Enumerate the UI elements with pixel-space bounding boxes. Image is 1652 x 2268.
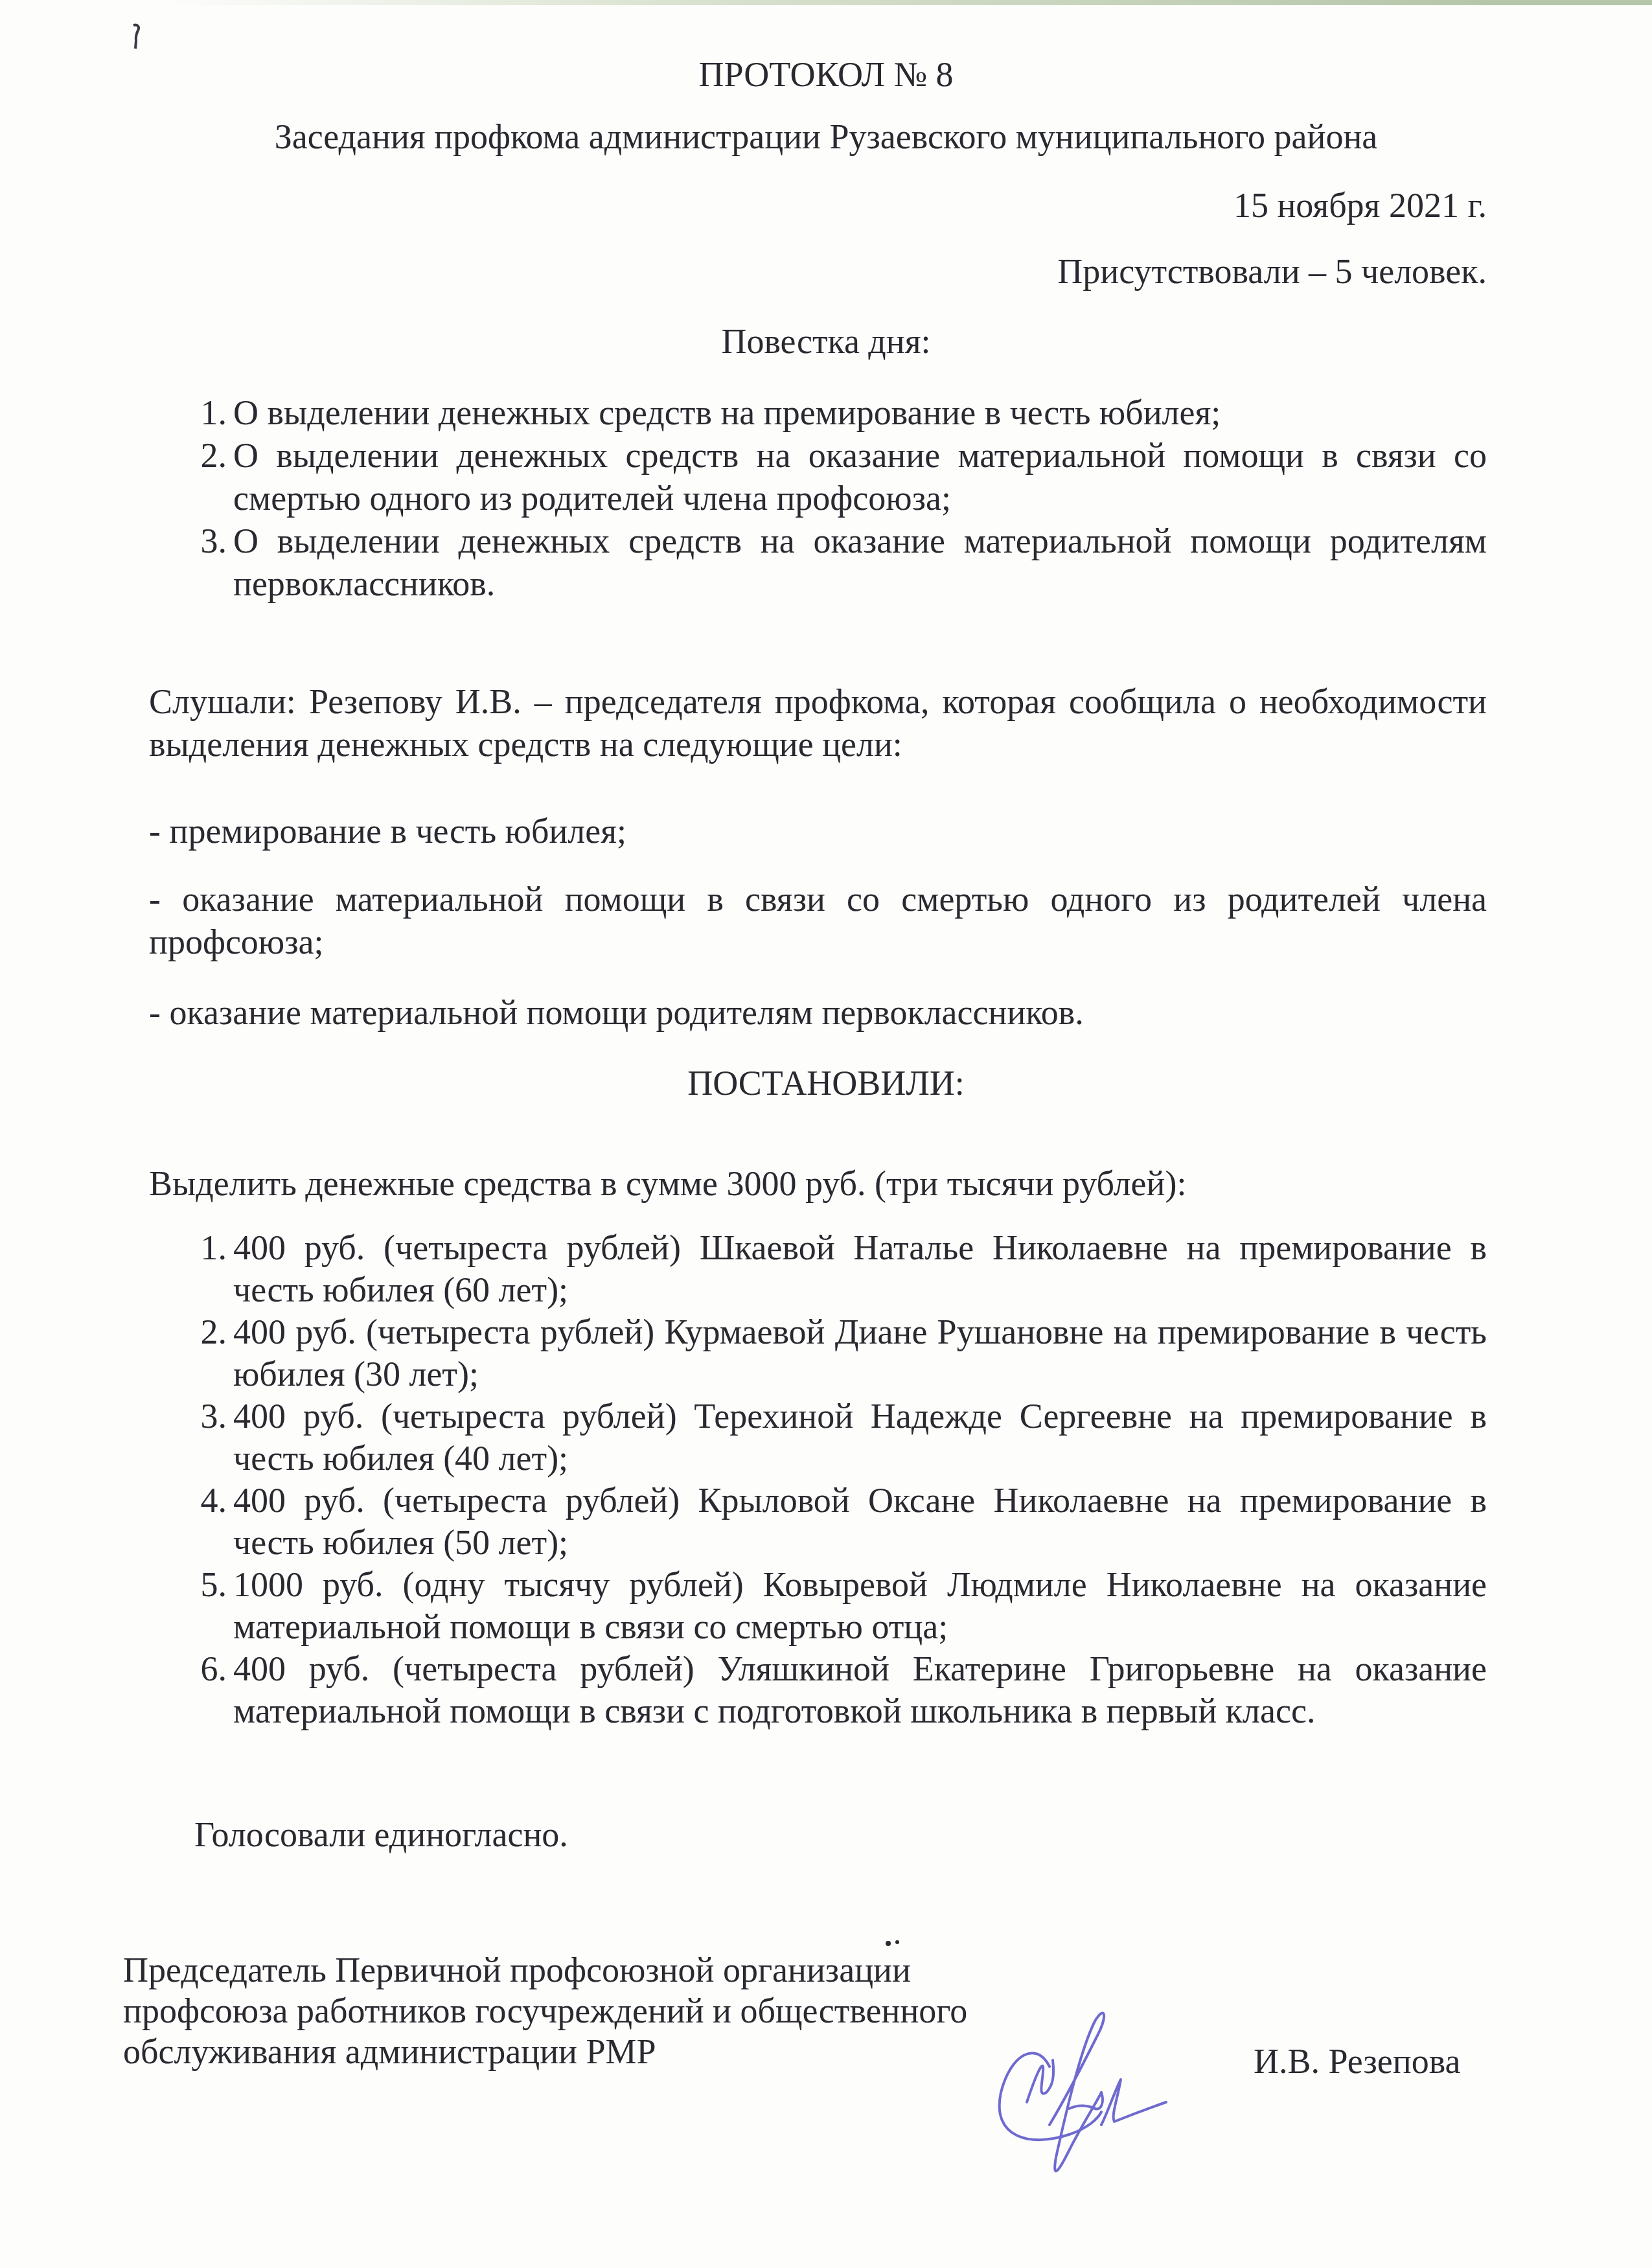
position-line: профсоюза работников госучреждений и общ… <box>123 1991 967 2032</box>
document-title: ПРОТОКОЛ № 8 <box>0 57 1652 92</box>
allocation-item: 3.400 руб. (четыреста рублей) Терехиной … <box>175 1395 1487 1480</box>
resolved-list: 1.400 руб. (четыреста рублей) Шкаевой На… <box>175 1227 1487 1732</box>
allocation-item: 4.400 руб. (четыреста рублей) Крыловой О… <box>175 1480 1487 1564</box>
agenda-item: 3.О выделении денежных средств на оказан… <box>175 520 1487 605</box>
ink-speck-icon <box>130 23 143 55</box>
purpose-item: - оказание материальной помощи в связи с… <box>149 878 1487 963</box>
position-line: Председатель Первичной профсоюзной орган… <box>123 1950 967 1991</box>
scan-edge-artifact <box>0 0 1652 5</box>
meeting-date: 15 ноября 2021 г. <box>1233 188 1487 223</box>
signatory-position: Председатель Первичной профсоюзной орган… <box>123 1950 967 2072</box>
allocation-item: 1.400 руб. (четыреста рублей) Шкаевой На… <box>175 1227 1487 1311</box>
agenda-list: 1.О выделении денежных средств на премир… <box>175 391 1487 605</box>
resolved-heading: ПОСТАНОВИЛИ: <box>0 1066 1652 1101</box>
document-subtitle: Заседания профкома администрации Рузаевс… <box>0 119 1652 154</box>
agenda-item: 2.О выделении денежных средств на оказан… <box>175 434 1487 520</box>
position-line: обслуживания администрации РМР <box>123 2032 967 2072</box>
signatory-name: И.В. Резепова <box>1254 2044 1460 2079</box>
allocation-item: 5.1000 руб. (одну тысячу рублей) Ковырев… <box>175 1564 1487 1648</box>
document-page: ПРОТОКОЛ № 8 Заседания профкома админист… <box>0 0 1652 2268</box>
attendance: Присутствовали – 5 человек. <box>1057 254 1487 289</box>
resolved-intro: Выделить денежные средства в сумме 3000 … <box>149 1166 1186 1201</box>
ink-dots-icon <box>884 1937 904 1950</box>
handwritten-signature-icon <box>991 1995 1250 2203</box>
heard-paragraph: Слушали: Резепову И.В. – председателя пр… <box>149 680 1487 766</box>
allocation-item: 6.400 руб. (четыреста рублей) Уляшкиной … <box>175 1648 1487 1732</box>
agenda-heading: Повестка дня: <box>0 324 1652 359</box>
purpose-item: - премирование в честь юбилея; <box>149 810 1487 853</box>
purpose-item: - оказание материальной помощи родителям… <box>149 991 1487 1034</box>
allocation-item: 2.400 руб. (четыреста рублей) Курмаевой … <box>175 1311 1487 1395</box>
vote-result: Голосовали единогласно. <box>194 1817 568 1852</box>
agenda-item: 1.О выделении денежных средств на премир… <box>175 391 1487 434</box>
